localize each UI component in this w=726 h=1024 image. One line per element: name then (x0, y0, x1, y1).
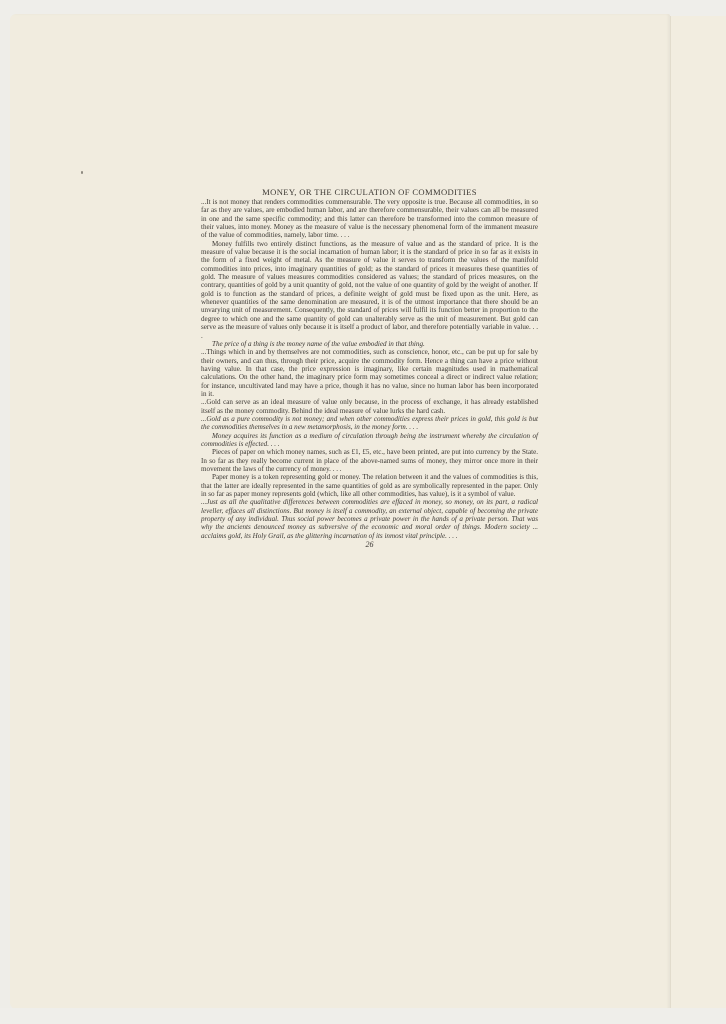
paragraph-9: Paper money is a token representing gold… (201, 473, 538, 498)
paragraph-10: ...Just as all the qualitative differenc… (201, 498, 538, 540)
backdrop-bottom (0, 1008, 726, 1024)
next-page-edge (670, 16, 726, 1010)
paragraph-3: The price of a thing is the money name o… (201, 340, 538, 348)
paragraph-2: Money fulfills two entirely distinct fun… (201, 240, 538, 340)
paragraph-7: Money acquires its function as a medium … (201, 432, 538, 449)
paragraph-5: ...Gold can serve as an ideal measure of… (201, 398, 538, 415)
page-title: MONEY, OR THE CIRCULATION OF COMMODITIES (201, 187, 538, 197)
paper-speck (81, 171, 83, 174)
text-block: MONEY, OR THE CIRCULATION OF COMMODITIES… (201, 187, 538, 549)
paragraph-6: ...Gold as a pure commodity is not money… (201, 415, 538, 432)
paragraph-4: ...Things which in and by themselves are… (201, 348, 538, 398)
paragraph-8: Pieces of paper on which money names, su… (201, 448, 538, 473)
page-number: 26 (201, 541, 538, 549)
paragraph-1: ...It is not money that renders commodit… (201, 198, 538, 240)
